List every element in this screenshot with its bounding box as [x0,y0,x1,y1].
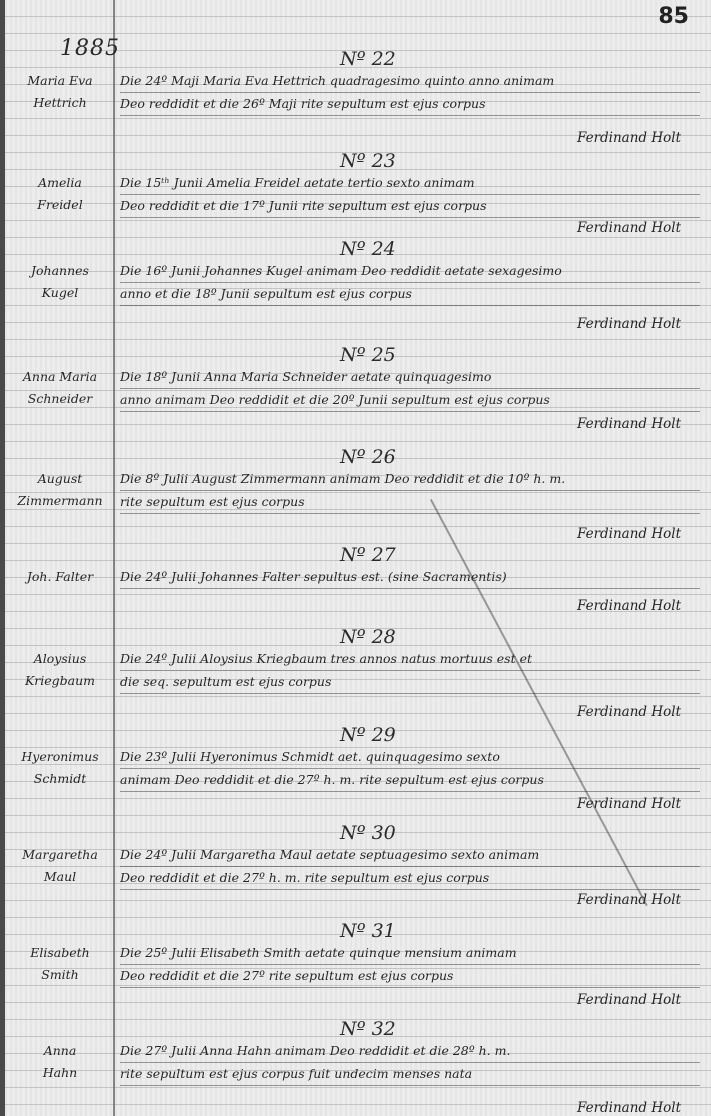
entry-text-line: Deo reddidit et die 27º h. m. rite sepul… [120,867,700,890]
priest-signature: Ferdinand Holt [577,598,681,614]
entry-number: Nº 27 [340,544,396,566]
entry-text: Die 16º Junii Johannes Kugel animam Deo … [120,260,700,306]
margin-name: Anna MariaSchneider [8,366,112,410]
entry-text-line: Deo reddidit et die 27º rite sepultum es… [120,965,700,988]
margin-name: Joh. Falter [8,566,112,588]
entry-number: Nº 32 [340,1018,396,1040]
entry-text: Die 23º Julii Hyeronimus Schmidt aet. qu… [120,746,700,792]
entry-text: Die 8º Julii August Zimmermann animam De… [120,468,700,514]
margin-name-line: Kugel [8,282,112,304]
page-number: 85 [658,4,689,29]
margin-name-line: Freidel [8,194,112,216]
margin-name-line: Kriegbaum [8,670,112,692]
entry-number: Nº 22 [340,48,396,70]
margin-name: AloysiusKriegbaum [8,648,112,692]
margin-name-line: Aloysius [8,648,112,670]
entry-number: Nº 28 [340,626,396,648]
priest-signature: Ferdinand Holt [577,130,681,146]
entry-number: Nº 25 [340,344,396,366]
priest-signature: Ferdinand Holt [577,796,681,812]
entry-text-line: anno et die 18º Junii sepultum est ejus … [120,283,700,306]
margin-name-line: Elisabeth [8,942,112,964]
entry-text-line: Deo reddidit et die 17º Junii rite sepul… [120,195,700,218]
margin-name-line: Schneider [8,388,112,410]
priest-signature: Ferdinand Holt [577,892,681,908]
entry-text-line: Die 18º Junii Anna Maria Schneider aetat… [120,366,700,389]
entry-text-line: anno animam Deo reddidit et die 20º Juni… [120,389,700,412]
margin-name-line: Hettrich [8,92,112,114]
entry-text: Die 25º Julii Elisabeth Smith aetate qui… [120,942,700,988]
entry-text-line: Die 15ᵗʰ Junii Amelia Freidel aetate ter… [120,172,700,195]
margin-name-line: Joh. Falter [8,566,112,588]
priest-signature: Ferdinand Holt [577,316,681,332]
margin-name: MargarethaMaul [8,844,112,888]
entry-text-line: Deo reddidit et die 26º Maji rite sepult… [120,93,700,116]
entry-text: Die 24º Julii Johannes Falter sepultus e… [120,566,700,589]
priest-signature: Ferdinand Holt [577,992,681,1008]
entry-text-line: Die 23º Julii Hyeronimus Schmidt aet. qu… [120,746,700,769]
margin-name: ElisabethSmith [8,942,112,986]
entry-text-line: Die 24º Julii Margaretha Maul aetate sep… [120,844,700,867]
margin-name-line: Hyeronimus [8,746,112,768]
register-year: 1885 [60,36,120,61]
margin-name: JohannesKugel [8,260,112,304]
entry-text-line: die seq. sepultum est ejus corpus [120,671,700,694]
entry-text-line: rite sepultum est ejus corpus [120,491,700,514]
entry-text: Die 24º Julii Aloysius Kriegbaum tres an… [120,648,700,694]
entry-text: Die 24º Maji Maria Eva Hettrich quadrage… [120,70,700,116]
entry-text-line: Die 25º Julii Elisabeth Smith aetate qui… [120,942,700,965]
entry-text-line: Die 24º Julii Johannes Falter sepultus e… [120,566,700,589]
margin-name: AmeliaFreidel [8,172,112,216]
margin-name: AugustZimmermann [8,468,112,512]
margin-name-line: Anna Maria [8,366,112,388]
margin-name-line: Anna [8,1040,112,1062]
margin-name-line: Margaretha [8,844,112,866]
priest-signature: Ferdinand Holt [577,704,681,720]
margin-rule [113,0,115,1116]
margin-name-line: Maria Eva [8,70,112,92]
entry-number: Nº 24 [340,238,396,260]
priest-signature: Ferdinand Holt [577,416,681,432]
entry-text: Die 27º Julii Anna Hahn animam Deo reddi… [120,1040,700,1086]
margin-name-line: Zimmermann [8,490,112,512]
entry-text-line: rite sepultum est ejus corpus fuit undec… [120,1063,700,1086]
margin-name: AnnaHahn [8,1040,112,1084]
entry-number: Nº 31 [340,920,396,942]
entry-number: Nº 26 [340,446,396,468]
entry-text: Die 15ᵗʰ Junii Amelia Freidel aetate ter… [120,172,700,218]
margin-name-line: Maul [8,866,112,888]
priest-signature: Ferdinand Holt [577,1100,681,1116]
entry-text-line: Die 24º Maji Maria Eva Hettrich quadrage… [120,70,700,93]
entry-text-line: Die 27º Julii Anna Hahn animam Deo reddi… [120,1040,700,1063]
entry-text: Die 18º Junii Anna Maria Schneider aetat… [120,366,700,412]
entry-number: Nº 30 [340,822,396,844]
margin-name-line: Johannes [8,260,112,282]
register-page: 85 1885 Nº 22Maria EvaHettrichDie 24º Ma… [0,0,711,1116]
margin-name-line: August [8,468,112,490]
entry-number: Nº 23 [340,150,396,172]
margin-name-line: Amelia [8,172,112,194]
margin-name: HyeronimusSchmidt [8,746,112,790]
entry-text-line: Die 16º Junii Johannes Kugel animam Deo … [120,260,700,283]
priest-signature: Ferdinand Holt [577,526,681,542]
entry-text-line: Die 8º Julii August Zimmermann animam De… [120,468,700,491]
entry-text-line: Die 24º Julii Aloysius Kriegbaum tres an… [120,648,700,671]
margin-name: Maria EvaHettrich [8,70,112,114]
priest-signature: Ferdinand Holt [577,220,681,236]
entry-text-line: animam Deo reddidit et die 27º h. m. rit… [120,769,700,792]
margin-name-line: Smith [8,964,112,986]
margin-name-line: Hahn [8,1062,112,1084]
page-binding-edge [0,0,5,1116]
entry-number: Nº 29 [340,724,396,746]
margin-name-line: Schmidt [8,768,112,790]
entry-text: Die 24º Julii Margaretha Maul aetate sep… [120,844,700,890]
